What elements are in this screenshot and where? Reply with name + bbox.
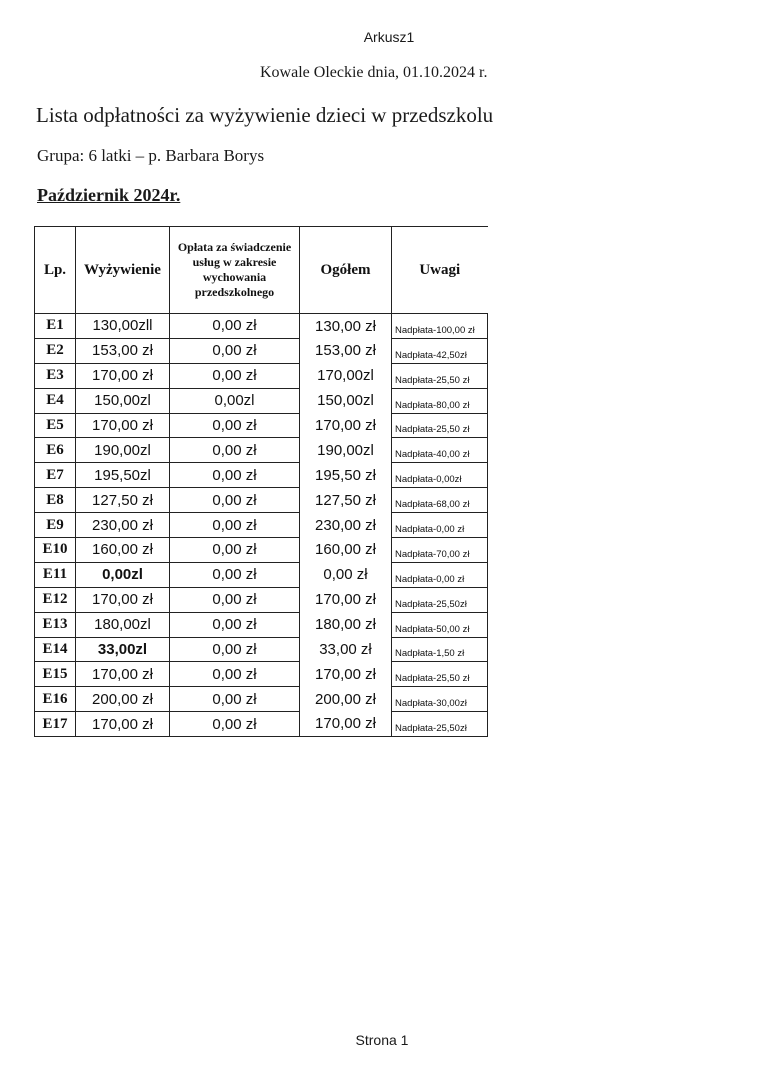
cell-ogolem: 170,00 zł: [300, 712, 392, 737]
cell-ogolem: 180,00 zł: [300, 612, 392, 637]
table-row: E7 195,50zl 0,00 zł 195,50 zł Nadpłata-0…: [35, 463, 488, 488]
month-heading: Październik 2024r.: [37, 185, 180, 206]
cell-oplata: 0,00 zł: [170, 538, 300, 563]
page-number: Strona 1: [0, 1032, 764, 1048]
cell-uwagi: Nadpłata-25,50zł: [392, 712, 488, 737]
cell-wyzywienie: 170,00 zł: [76, 712, 170, 737]
cell-wyzywienie: 170,00 zł: [76, 363, 170, 388]
cell-oplata: 0,00 zł: [170, 612, 300, 637]
cell-uwagi: Nadpłata-25,50 zł: [392, 413, 488, 438]
cell-ogolem: 170,00 zł: [300, 662, 392, 687]
cell-uwagi: Nadpłata-42,50zł: [392, 338, 488, 363]
cell-oplata: 0,00 zł: [170, 587, 300, 612]
table-body: E1 130,00zll 0,00 zł 130,00 zł Nadpłata-…: [35, 314, 488, 737]
cell-uwagi: Nadpłata-100,00 zł: [392, 314, 488, 339]
cell-oplata: 0,00 zł: [170, 687, 300, 712]
table-header-row: Lp. Wyżywienie Opłata za świadczenie usł…: [35, 227, 488, 314]
cell-uwagi: Nadpłata-0,00 zł: [392, 513, 488, 538]
table-row: E10 160,00 zł 0,00 zł 160,00 zł Nadpłata…: [35, 538, 488, 563]
cell-lp: E2: [35, 338, 76, 363]
cell-oplata: 0,00 zł: [170, 513, 300, 538]
cell-oplata: 0,00 zł: [170, 314, 300, 339]
cell-wyzywienie: 190,00zl: [76, 438, 170, 463]
cell-oplata: 0,00 zł: [170, 438, 300, 463]
cell-wyzywienie: 160,00 zł: [76, 538, 170, 563]
cell-uwagi: Nadpłata-80,00 zł: [392, 388, 488, 413]
cell-ogolem: 153,00 zł: [300, 338, 392, 363]
cell-ogolem: 190,00zl: [300, 438, 392, 463]
column-header-ogolem: Ogółem: [300, 227, 392, 314]
payments-table: Lp. Wyżywienie Opłata za świadczenie usł…: [34, 226, 488, 737]
cell-ogolem: 33,00 zł: [300, 637, 392, 662]
table-row: E15 170,00 zł 0,00 zł 170,00 zł Nadpłata…: [35, 662, 488, 687]
table-row: E11 0,00zl 0,00 zł 0,00 zł Nadpłata-0,00…: [35, 562, 488, 587]
table-row: E1 130,00zll 0,00 zł 130,00 zł Nadpłata-…: [35, 314, 488, 339]
cell-lp: E17: [35, 712, 76, 737]
cell-uwagi: Nadpłata-40,00 zł: [392, 438, 488, 463]
table-row: E2 153,00 zł 0,00 zł 153,00 zł Nadpłata-…: [35, 338, 488, 363]
table-row: E16 200,00 zł 0,00 zł 200,00 zł Nadpłata…: [35, 687, 488, 712]
cell-lp: E16: [35, 687, 76, 712]
cell-oplata: 0,00 zł: [170, 712, 300, 737]
cell-lp: E12: [35, 587, 76, 612]
column-header-oplata: Opłata za świadczenie usług w zakresie w…: [170, 227, 300, 314]
cell-lp: E15: [35, 662, 76, 687]
cell-lp: E14: [35, 637, 76, 662]
cell-oplata: 0,00 zł: [170, 463, 300, 488]
cell-ogolem: 160,00 zł: [300, 538, 392, 563]
cell-lp: E9: [35, 513, 76, 538]
cell-wyzywienie: 130,00zll: [76, 314, 170, 339]
table-row: E6 190,00zl 0,00 zł 190,00zl Nadpłata-40…: [35, 438, 488, 463]
place-and-date: Kowale Oleckie dnia, 01.10.2024 r.: [260, 64, 488, 82]
cell-uwagi: Nadpłata-25,50 zł: [392, 662, 488, 687]
column-header-lp: Lp.: [35, 227, 76, 314]
cell-oplata: 0,00 zł: [170, 363, 300, 388]
column-header-wyzywienie: Wyżywienie: [76, 227, 170, 314]
cell-lp: E5: [35, 413, 76, 438]
cell-wyzywienie: 230,00 zł: [76, 513, 170, 538]
cell-oplata: 0,00 zł: [170, 413, 300, 438]
cell-wyzywienie: 33,00zl: [76, 637, 170, 662]
cell-wyzywienie: 153,00 zł: [76, 338, 170, 363]
cell-ogolem: 130,00 zł: [300, 314, 392, 339]
cell-ogolem: 170,00zl: [300, 363, 392, 388]
sheet-name: Arkusz1: [0, 29, 778, 45]
cell-ogolem: 170,00 zł: [300, 413, 392, 438]
cell-wyzywienie: 170,00 zł: [76, 413, 170, 438]
cell-wyzywienie: 200,00 zł: [76, 687, 170, 712]
cell-lp: E8: [35, 488, 76, 513]
cell-uwagi: Nadpłata-68,00 zł: [392, 488, 488, 513]
cell-lp: E7: [35, 463, 76, 488]
cell-wyzywienie: 180,00zl: [76, 612, 170, 637]
cell-wyzywienie: 195,50zl: [76, 463, 170, 488]
cell-uwagi: Nadpłata-30,00zł: [392, 687, 488, 712]
cell-uwagi: Nadpłata-1,50 zł: [392, 637, 488, 662]
table-row: E9 230,00 zł 0,00 zł 230,00 zł Nadpłata-…: [35, 513, 488, 538]
cell-oplata: 0,00 zł: [170, 338, 300, 363]
cell-oplata: 0,00 zł: [170, 662, 300, 687]
cell-ogolem: 170,00 zł: [300, 587, 392, 612]
cell-uwagi: Nadpłata-0,00zł: [392, 463, 488, 488]
cell-wyzywienie: 170,00 zł: [76, 587, 170, 612]
document-title: Lista odpłatności za wyżywienie dzieci w…: [36, 103, 493, 128]
cell-lp: E11: [35, 562, 76, 587]
cell-lp: E4: [35, 388, 76, 413]
cell-lp: E3: [35, 363, 76, 388]
cell-wyzywienie: 150,00zl: [76, 388, 170, 413]
cell-uwagi: Nadpłata-50,00 zł: [392, 612, 488, 637]
cell-wyzywienie: 0,00zl: [76, 562, 170, 587]
cell-lp: E10: [35, 538, 76, 563]
cell-wyzywienie: 170,00 zł: [76, 662, 170, 687]
table-row: E13 180,00zl 0,00 zł 180,00 zł Nadpłata-…: [35, 612, 488, 637]
cell-uwagi: Nadpłata-0,00 zł: [392, 562, 488, 587]
table-row: E3 170,00 zł 0,00 zł 170,00zl Nadpłata-2…: [35, 363, 488, 388]
cell-wyzywienie: 127,50 zł: [76, 488, 170, 513]
cell-oplata: 0,00 zł: [170, 488, 300, 513]
table-row: E12 170,00 zł 0,00 zł 170,00 zł Nadpłata…: [35, 587, 488, 612]
table-row: E8 127,50 zł 0,00 zł 127,50 zł Nadpłata-…: [35, 488, 488, 513]
cell-oplata: 0,00zl: [170, 388, 300, 413]
cell-oplata: 0,00 zł: [170, 562, 300, 587]
table-row: E4 150,00zl 0,00zl 150,00zl Nadpłata-80,…: [35, 388, 488, 413]
group-info: Grupa: 6 latki – p. Barbara Borys: [37, 146, 264, 166]
cell-ogolem: 0,00 zł: [300, 562, 392, 587]
cell-ogolem: 150,00zl: [300, 388, 392, 413]
column-header-uwagi: Uwagi: [392, 227, 488, 314]
cell-uwagi: Nadpłata-25,50 zł: [392, 363, 488, 388]
cell-uwagi: Nadpłata-70,00 zł: [392, 538, 488, 563]
table-row: E17 170,00 zł 0,00 zł 170,00 zł Nadpłata…: [35, 712, 488, 737]
cell-oplata: 0,00 zł: [170, 637, 300, 662]
cell-lp: E13: [35, 612, 76, 637]
cell-ogolem: 230,00 zł: [300, 513, 392, 538]
cell-uwagi: Nadpłata-25,50zł: [392, 587, 488, 612]
cell-ogolem: 200,00 zł: [300, 687, 392, 712]
cell-lp: E1: [35, 314, 76, 339]
table-row: E14 33,00zl 0,00 zł 33,00 zł Nadpłata-1,…: [35, 637, 488, 662]
table-row: E5 170,00 zł 0,00 zł 170,00 zł Nadpłata-…: [35, 413, 488, 438]
cell-ogolem: 195,50 zł: [300, 463, 392, 488]
cell-ogolem: 127,50 zł: [300, 488, 392, 513]
cell-lp: E6: [35, 438, 76, 463]
